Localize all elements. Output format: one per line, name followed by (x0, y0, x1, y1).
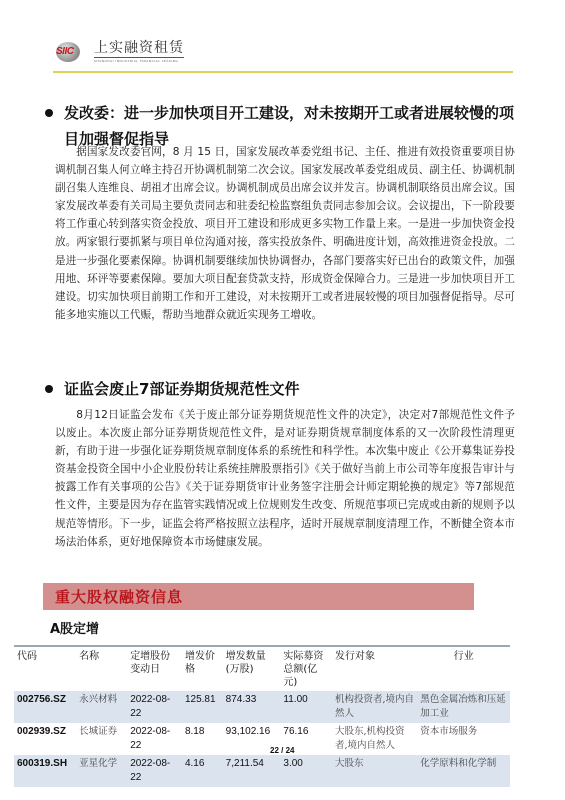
col-header-amount: 实际募资总额(亿元) (280, 646, 332, 691)
equity-financing-banner: 重大股权融资信息 (43, 583, 474, 610)
bullet-icon (45, 385, 53, 393)
cell-date: 2022-08-22 (127, 723, 182, 755)
bullet-icon (45, 109, 53, 117)
company-logo: SIIC 上实融资租赁 SHANGHAI INDUSTRIAL FINANCIA… (56, 40, 184, 64)
banner-title: 重大股权融资信息 (55, 586, 183, 607)
cell-price: 4.16 (182, 755, 223, 787)
cell-date: 2022-08-22 (127, 755, 182, 787)
page-indicator: 22 / 24 (270, 746, 294, 755)
cell-industry: 黑色金属冶炼和压延加工业 (417, 691, 510, 723)
heading-text: 证监会废止7部证券期货规范性文件 (64, 376, 299, 402)
a-share-placement-heading: A股定增 (50, 618, 99, 637)
header-divider (53, 71, 513, 73)
cell-target: 大股东 (332, 755, 417, 787)
cell-industry: 资本市场服务 (417, 723, 510, 755)
cell-name: 永兴材料 (76, 691, 127, 723)
page-header: SIIC 上实融资租赁 SHANGHAI INDUSTRIAL FINANCIA… (0, 0, 565, 80)
col-header-industry: 行业 (417, 646, 510, 691)
cell-industry: 化学原料和化学制 (417, 755, 510, 787)
table-row: 002756.SZ 永兴材料 2022-08-22 125.81 874.33 … (14, 691, 510, 723)
cell-target: 机构投资者,境内自然人 (332, 691, 417, 723)
section-body-ndrc: 据国家发改委官网，8 月 15 日，国家发展改革委党组书记、主任、推进有效投资重… (55, 143, 515, 324)
logo-abbr: SIIC (56, 46, 73, 57)
cell-code: 600319.SH (14, 755, 76, 787)
col-header-target: 发行对象 (332, 646, 417, 691)
section-heading-csrc: 证监会废止7部证券期货规范性文件 (45, 376, 515, 402)
logo-emblem-icon: SIIC (56, 42, 80, 62)
table-header-row: 代码 名称 定增股份变动日 增发价格 增发数量(万股) 实际募资总额(亿元) 发… (14, 646, 510, 691)
section-body-csrc: 8月12日证监会发布《关于废止部分证券期货规范性文件的决定》，决定对7部规范性文… (55, 406, 515, 551)
cell-code: 002756.SZ (14, 691, 76, 723)
cell-name: 长城证券 (76, 723, 127, 755)
a-share-placement-table: 代码 名称 定增股份变动日 增发价格 增发数量(万股) 实际募资总额(亿元) 发… (14, 645, 510, 787)
cell-code: 002939.SZ (14, 723, 76, 755)
cell-amount: 11.00 (280, 691, 332, 723)
cell-price: 125.81 (182, 691, 223, 723)
table-row: 002939.SZ 长城证券 2022-08-22 8.18 93,102.16… (14, 723, 510, 755)
col-header-name: 名称 (76, 646, 127, 691)
logo-english-name: SHANGHAI INDUSTRIAL FINANCIAL LEASING (94, 59, 184, 63)
cell-target: 大股东,机构投资者,境内自然人 (332, 723, 417, 755)
cell-quantity: 7,211.54 (223, 755, 281, 787)
col-header-date: 定增股份变动日 (127, 646, 182, 691)
cell-amount: 3.00 (280, 755, 332, 787)
col-header-quantity: 增发数量(万股) (223, 646, 281, 691)
cell-name: 亚星化学 (76, 755, 127, 787)
col-header-price: 增发价格 (182, 646, 223, 691)
logo-chinese-name: 上实融资租赁 (94, 41, 184, 58)
cell-quantity: 874.33 (223, 691, 281, 723)
col-header-code: 代码 (14, 646, 76, 691)
cell-date: 2022-08-22 (127, 691, 182, 723)
table-row: 600319.SH 亚星化学 2022-08-22 4.16 7,211.54 … (14, 755, 510, 787)
cell-price: 8.18 (182, 723, 223, 755)
